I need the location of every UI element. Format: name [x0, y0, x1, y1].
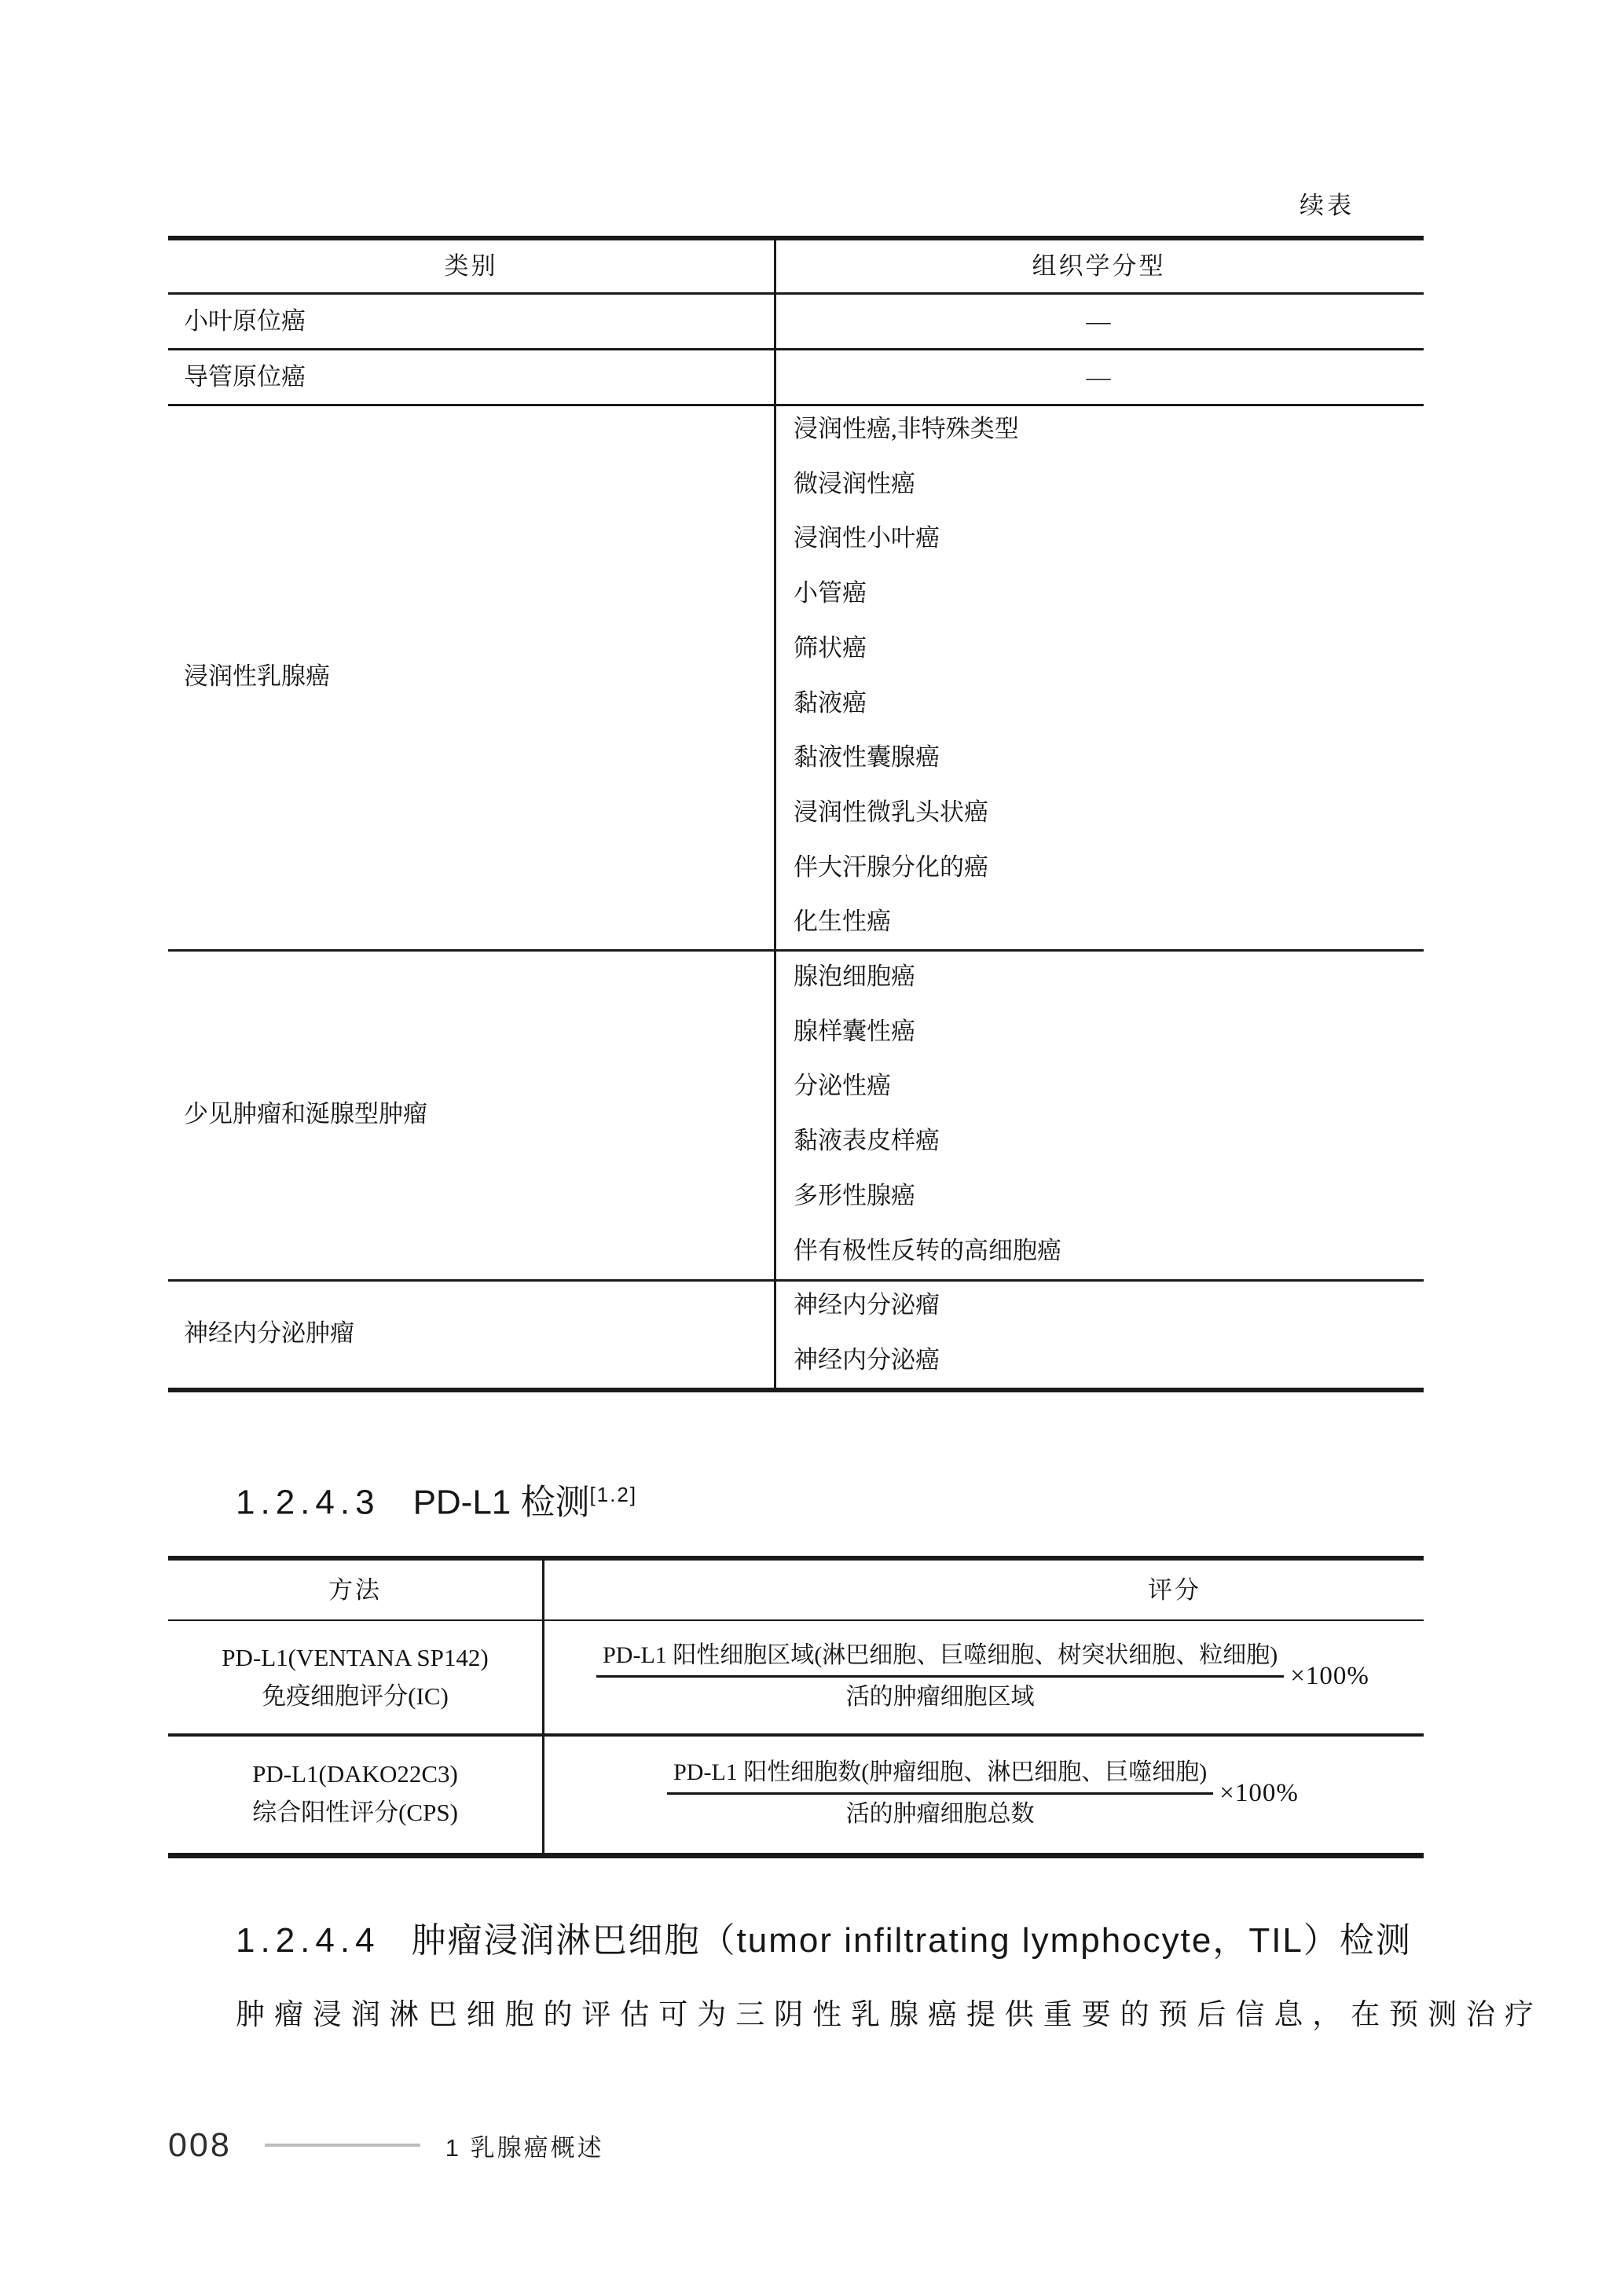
histology-item: 腺样囊性癌	[794, 1018, 915, 1046]
section-number: 1.2.4.3	[236, 1484, 380, 1522]
continued-table-label: 续表	[1300, 191, 1355, 221]
multiplier: ×100%	[1290, 1662, 1369, 1691]
histology-item: 神经内分泌瘤	[794, 1291, 940, 1319]
section-title: 肿瘤浸润淋巴细胞（tumor infiltrating lymphocyte，T…	[412, 1921, 1412, 1960]
document-page: 续表 类别 组织学分型 小叶原位癌 — 导管原位癌 — 浸润性乳腺癌浸润性癌,非…	[0, 0, 1624, 2274]
histology-table: 类别 组织学分型 小叶原位癌 — 导管原位癌 — 浸润性乳腺癌浸润性癌,非特殊类…	[168, 236, 1424, 1392]
score-cell: PD-L1 阳性细胞区域(淋巴细胞、巨噬细胞、树突状细胞、粒细胞) 活的肿瘤细胞…	[542, 1619, 1424, 1733]
category-cell: 导管原位癌	[184, 363, 306, 391]
pdl1-table: 方法 评分 PD-L1(VENTANA SP142) 免疫细胞评分(IC) PD…	[168, 1556, 1424, 1858]
method-name: PD-L1(VENTANA SP142)	[222, 1638, 488, 1677]
row-separator	[168, 348, 1424, 350]
column-header-score: 评分	[1148, 1576, 1201, 1605]
histology-item: 黏液表皮样癌	[794, 1127, 940, 1155]
method-score-type: 综合阳性评分(CPS)	[252, 1793, 458, 1832]
method-score-type: 免疫细胞评分(IC)	[262, 1677, 449, 1715]
histology-item: 筛状癌	[794, 634, 867, 662]
score-fraction: PD-L1 阳性细胞区域(淋巴细胞、巨噬细胞、树突状细胞、粒细胞) 活的肿瘤细胞…	[596, 1641, 1284, 1711]
histology-item: 浸润性小叶癌	[794, 524, 940, 552]
category-cell: 少见肿瘤和涎腺型肿瘤	[184, 1100, 427, 1128]
histology-item: 化生性癌	[794, 908, 891, 936]
section-heading-til: 1.2.4.4肿瘤浸润淋巴细胞（tumor infiltrating lymph…	[236, 1918, 1412, 1964]
category-cell: 神经内分泌肿瘤	[184, 1319, 354, 1348]
section-separator	[168, 1279, 1424, 1282]
score-cell: PD-L1 阳性细胞数(肿瘤细胞、淋巴细胞、巨噬细胞) 活的肿瘤细胞总数 ×10…	[542, 1733, 1424, 1853]
chapter-label: 1 乳腺癌概述	[445, 2128, 604, 2163]
row-separator	[168, 404, 1424, 406]
histology-item: 黏液癌	[794, 689, 867, 717]
section-number: 1.2.4.4	[236, 1921, 380, 1960]
footer-rule	[265, 2144, 420, 2147]
histology-item: 分泌性癌	[794, 1072, 891, 1100]
section-heading-pdl1: 1.2.4.3PD-L1 检测[1.2]	[236, 1471, 637, 1527]
multiplier: ×100%	[1219, 1779, 1299, 1808]
histology-item: 黏液性囊腺癌	[794, 743, 940, 772]
empty-value-dash: —	[1087, 307, 1111, 336]
page-footer: 008 1 乳腺癌概述	[168, 2122, 604, 2169]
histology-item: 浸润性微乳头状癌	[794, 798, 988, 827]
histology-item: 伴大汗腺分化的癌	[794, 853, 988, 882]
fraction-denominator: 活的肿瘤细胞区域	[846, 1678, 1035, 1711]
histology-item: 浸润性癌,非特殊类型	[794, 415, 1019, 443]
column-header-category: 类别	[168, 252, 774, 281]
section-title: PD-L1 检测	[413, 1484, 590, 1522]
fraction-numerator: PD-L1 阳性细胞数(肿瘤细胞、淋巴细胞、巨噬细胞)	[667, 1759, 1213, 1795]
histology-item: 微浸润性癌	[794, 470, 915, 498]
section-separator	[168, 949, 1424, 952]
method-cell: PD-L1(VENTANA SP142) 免疫细胞评分(IC)	[168, 1619, 542, 1733]
column-header-histology: 组织学分型	[774, 252, 1424, 281]
method-name: PD-L1(DAKO22C3)	[252, 1755, 458, 1793]
page-number: 008	[168, 2126, 232, 2165]
method-cell: PD-L1(DAKO22C3) 综合阳性评分(CPS)	[168, 1733, 542, 1853]
body-paragraph: 肿瘤浸润淋巴细胞的评估可为三阴性乳腺癌提供重要的预后信息，在预测治疗	[236, 1994, 1534, 2037]
column-header-method: 方法	[168, 1576, 542, 1605]
histology-item: 伴有极性反转的高细胞癌	[794, 1237, 1061, 1265]
header-separator	[168, 292, 1424, 295]
histology-item: 多形性腺癌	[794, 1182, 915, 1210]
reference-superscript: [1.2]	[590, 1483, 638, 1506]
histology-item: 神经内分泌癌	[794, 1346, 940, 1374]
histology-item: 腺泡细胞癌	[794, 963, 915, 991]
column-divider	[774, 240, 776, 1388]
fraction-denominator: 活的肿瘤细胞总数	[846, 1795, 1035, 1828]
score-fraction: PD-L1 阳性细胞数(肿瘤细胞、淋巴细胞、巨噬细胞) 活的肿瘤细胞总数	[667, 1759, 1213, 1828]
category-cell: 浸润性乳腺癌	[184, 662, 330, 691]
fraction-numerator: PD-L1 阳性细胞区域(淋巴细胞、巨噬细胞、树突状细胞、粒细胞)	[596, 1641, 1284, 1678]
histology-item: 小管癌	[794, 579, 867, 607]
category-cell: 小叶原位癌	[184, 307, 306, 336]
empty-value-dash: —	[1087, 363, 1111, 391]
